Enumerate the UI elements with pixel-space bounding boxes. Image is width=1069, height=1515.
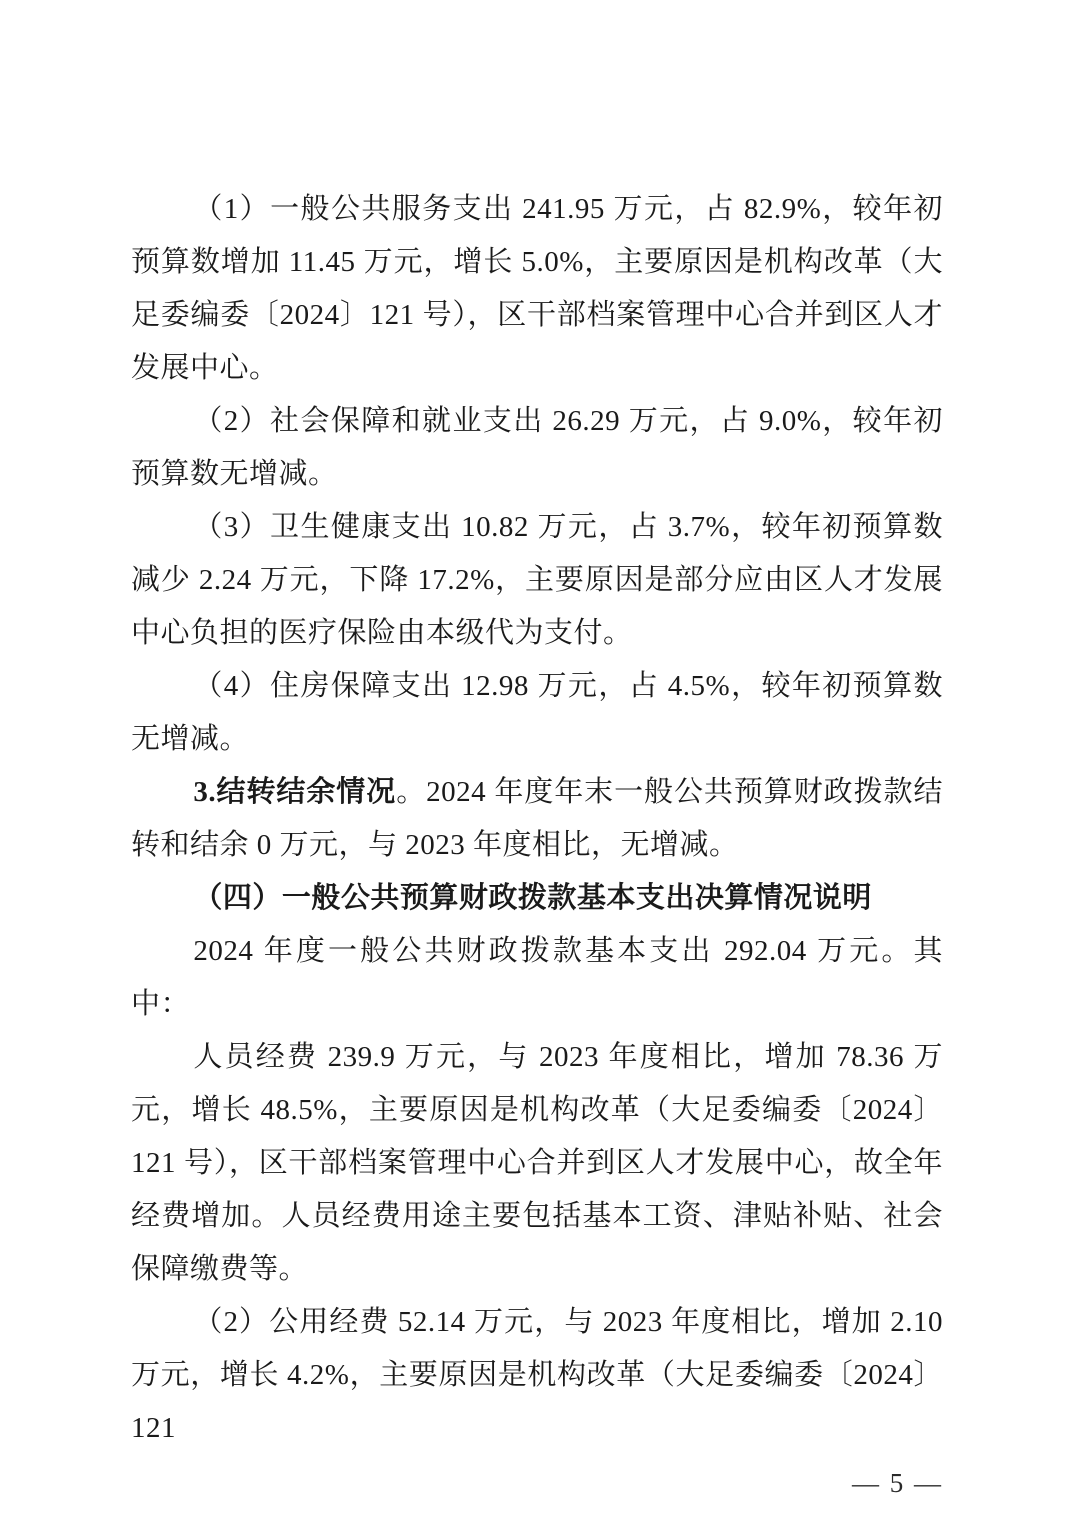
para-expenditure-item-1: （1）一般公共服务支出 241.95 万元，占 82.9%，较年初预算数增加 1… (131, 183, 943, 395)
para-expenditure-item-3-text: （3）卫生健康支出 10.82 万元，占 3.7%，较年初预算数减少 2.24 … (131, 511, 943, 649)
para-expenditure-item-4-text: （4）住房保障支出 12.98 万元，占 4.5%，较年初预算数无增减。 (131, 670, 943, 755)
para-expenditure-item-1-text: （1）一般公共服务支出 241.95 万元，占 82.9%，较年初预算数增加 1… (131, 193, 943, 384)
document-page: （1）一般公共服务支出 241.95 万元，占 82.9%，较年初预算数增加 1… (0, 0, 1069, 1515)
section-4-heading-text: （四）一般公共预算财政拨款基本支出决算情况说明 (193, 882, 872, 914)
para-section-4-heading: （四）一般公共预算财政拨款基本支出决算情况说明 (131, 872, 943, 925)
public-expense-text: （2）公用经费 52.14 万元，与 2023 年度相比，增加 2.10 万元，… (131, 1306, 943, 1444)
basic-expenditure-total-text: 2024 年度一般公共财政拨款基本支出 292.04 万元。其中： (131, 935, 943, 1020)
para-personnel-expense: 人员经费 239.9 万元，与 2023 年度相比，增加 78.36 万元，增长… (131, 1031, 943, 1296)
para-expenditure-item-3: （3）卫生健康支出 10.82 万元，占 3.7%，较年初预算数减少 2.24 … (131, 501, 943, 660)
para-public-expense: （2）公用经费 52.14 万元，与 2023 年度相比，增加 2.10 万元，… (131, 1296, 943, 1455)
para-basic-expenditure-total: 2024 年度一般公共财政拨款基本支出 292.04 万元。其中： (131, 925, 943, 1031)
personnel-expense-text: 人员经费 239.9 万元，与 2023 年度相比，增加 78.36 万元，增长… (131, 1041, 943, 1285)
para-expenditure-item-2-text: （2）社会保障和就业支出 26.29 万元，占 9.0%，较年初预算数无增减。 (131, 405, 943, 490)
carryover-balance-heading: 3.结转结余情况 (193, 776, 396, 808)
para-expenditure-item-2: （2）社会保障和就业支出 26.29 万元，占 9.0%，较年初预算数无增减。 (131, 395, 943, 501)
page-number: — 5 — (131, 1468, 943, 1498)
para-carryover-balance: 3.结转结余情况。2024 年度年末一般公共预算财政拨款结转和结余 0 万元，与… (131, 766, 943, 872)
document-body: （1）一般公共服务支出 241.95 万元，占 82.9%，较年初预算数增加 1… (131, 183, 943, 1455)
para-expenditure-item-4: （4）住房保障支出 12.98 万元，占 4.5%，较年初预算数无增减。 (131, 660, 943, 766)
